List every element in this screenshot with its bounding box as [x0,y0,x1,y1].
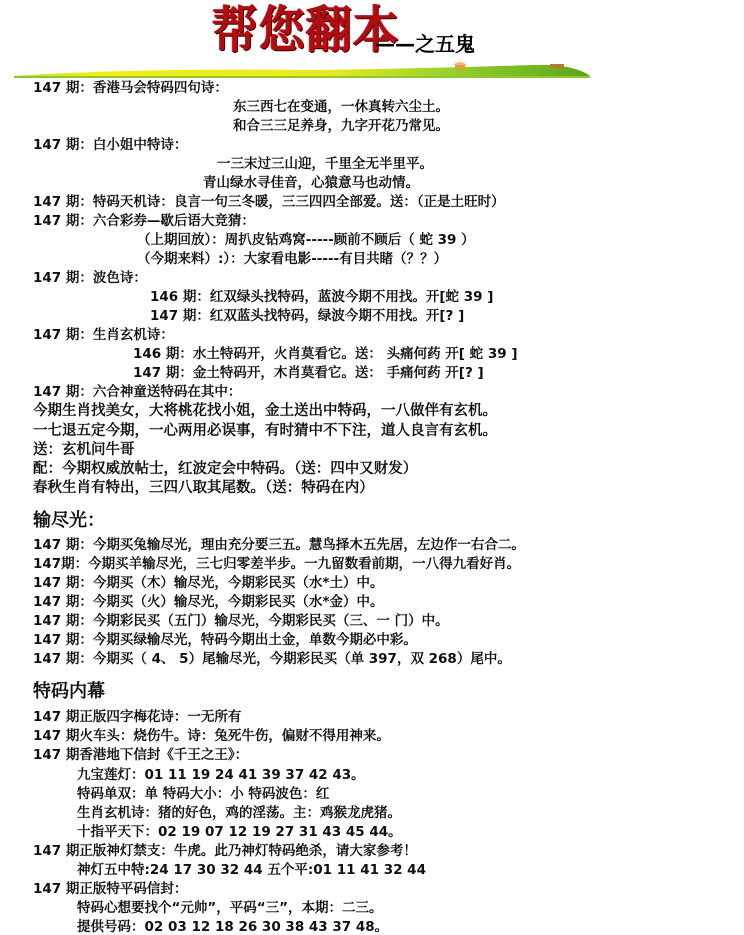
text-line: 147 期：今期买兔输尽光，理由充分要三五。慧鸟择木五先居，左边作一右合二。 [33,536,525,554]
bench-icon [550,64,564,68]
text-line: 147 期香港地下信封《千王之王》： [33,746,248,764]
text-line: 146 期：水土特码开，火肖莫看它。送： 头痛何药 开[ 蛇 39 ] [133,345,518,363]
text-line: 配：今期权威放帖士，红波定会中特码。（送：四中又财发） [33,460,417,478]
heading-inside-info: 特码内幕 [33,677,105,703]
text-line: 提供号码：02 03 12 18 26 30 38 43 37 48。 [77,918,388,935]
text-line: 147 期：今期买（ 4、 5）尾输尽光，今期彩民买（单 397，双 268）尾… [33,650,511,668]
text-line: 和合三三足养身，九字开花乃常见。 [233,117,449,135]
banner: 帮您翻本 ——之五鬼 [0,0,744,80]
banner-title: 帮您翻本 [212,0,400,60]
text-line: 147 期火车头：烧伤牛。诗：兔死牛伤，偏财不得用神来。 [33,727,390,745]
text-line: （上期回放）：周扒皮钻鸡窝-----顾前不顾后（ 蛇 39 ） [137,231,475,249]
text-line: 146 期：红双绿头找特码，蓝波今期不用找。开[蛇 39 ] [150,288,493,306]
text-line: 147 期正版神灯禁支：牛虎。此乃神灯特码绝杀，请大家参考！ [33,842,417,860]
text-line: 一七退五定今期，一心两用必误事，有时猜中不下注，道人良言有玄机。 [33,422,497,440]
text-line: 147期：今期买羊输尽光，三七归零差半步。一九留数看前期，一八得九看好肖。 [33,555,520,573]
text-line: 147 期：今期买（木）输尽光，今期彩民买（水*土）中。 [33,574,383,592]
text-line: 特码单双：单 特码大小：小 特码波色：红 [77,785,329,803]
text-line: 147 期：六合神童送特码在其中： [33,383,241,401]
heading-lose-all: 输尽光： [33,506,105,532]
text-line: 十指平天下：02 19 07 12 19 27 31 43 45 44。 [77,823,402,841]
text-line: 送：玄机问牛哥 [33,441,135,459]
text-line: 春秋生肖有特出，三四八取其尾数。（送：特码在内） [33,479,374,497]
text-line: 147 期：今期彩民买（五门）输尽光，今期彩民买（三、一 门）中。 [33,612,449,630]
text-line: 今期生肖找美女，大将桃花找小姐，金土送出中特码，一八做伴有玄机。 [33,402,497,420]
grass-bar-decoration [14,62,590,78]
text-line: 东三西七在变通，一休真转六尘土。 [233,98,449,116]
text-line: 147 期：香港马会特码四句诗： [33,79,228,97]
text-line: 147 期：波色诗： [33,269,147,287]
text-line: 147 期：今期买绿输尽光，特码今期出土金，单数今期必中彩。 [33,631,417,649]
text-line: （今期来料）:）：大家看电影-----有目共睹（？？） [137,250,447,268]
text-line: 147 期：生肖玄机诗： [33,326,174,344]
text-line: 特码心想要找个“元帅”，平码“三”，本期：二三。 [77,899,383,917]
text-line: 一三末过三山迎，千里全无半里平。 [217,155,433,173]
text-line: 147 期：红双蓝头找特码，绿波今期不用找。开[? ] [150,307,464,325]
text-line: 神灯五中特:24 17 30 32 44 五个平:01 11 41 32 44 [77,861,426,879]
text-line: 147 期：特码天机诗：良言一句三冬暖，三三四四全部爱。送：（正是土旺时） [33,193,505,211]
text-line: 147 期：白小姐中特诗： [33,136,187,154]
banner-subtitle: ——之五鬼 [375,28,475,57]
text-line: 生肖玄机诗：猪的好色，鸡的淫荡。主：鸡猴龙虎猪。 [77,804,401,822]
text-line: 147 期正版特平码信封： [33,880,187,898]
text-line: 九宝莲灯：01 11 19 24 41 39 37 42 43。 [77,766,365,784]
text-line: 147 期正版四字梅花诗：一无所有 [33,708,241,726]
text-line: 青山绿水寻佳音，心猿意马也动情。 [203,174,419,192]
text-line: 147 期：今期买（火）输尽光，今期彩民买（水*金）中。 [33,593,383,611]
hut-icon [453,62,467,70]
text-line: 147 期：六合彩券—歇后语大竞猜： [33,212,255,230]
text-line: 147 期：金土特码开，木肖莫看它。送： 手痛何药 开[? ] [133,364,484,382]
